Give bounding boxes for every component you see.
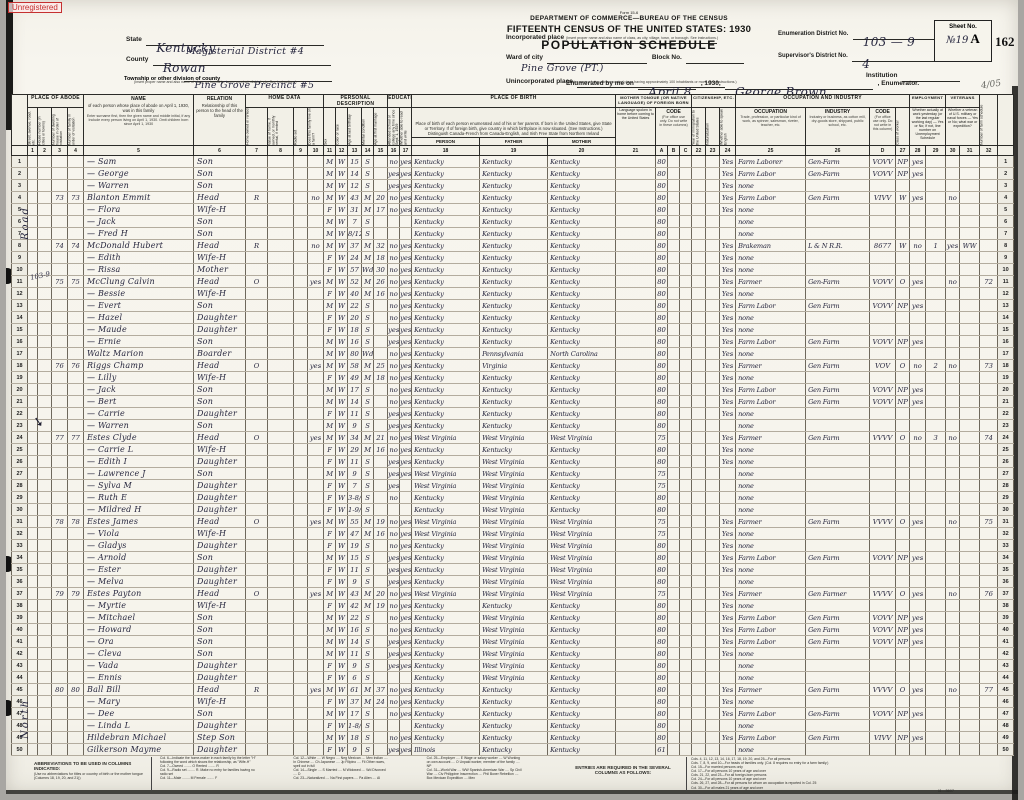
cell-naturalization bbox=[706, 216, 720, 228]
col-group-personal: PERSONAL DESCRIPTION bbox=[324, 95, 388, 108]
cell-code-a: 80 bbox=[656, 372, 668, 384]
cell-unemployment-line bbox=[926, 708, 946, 720]
cell-house-number bbox=[38, 468, 52, 480]
cell-age: 11 bbox=[348, 564, 362, 576]
cell-read-write: yes bbox=[400, 432, 412, 444]
cell-school: yes bbox=[388, 564, 400, 576]
line-number: 47 bbox=[998, 708, 1014, 720]
cell-speaks-english bbox=[720, 468, 736, 480]
cell-code-c bbox=[680, 456, 692, 468]
cell-home-value bbox=[268, 420, 294, 432]
cell-speaks-english: Yes bbox=[720, 588, 736, 600]
cell-race: W bbox=[336, 480, 348, 492]
cell-immigration-year bbox=[692, 372, 706, 384]
cell-dwelling-number bbox=[52, 744, 68, 756]
cell-worker-class bbox=[896, 216, 910, 228]
cell-code-b bbox=[668, 684, 680, 696]
cell-code-d: VIVV bbox=[870, 192, 896, 204]
cell-birthplace-mother: West Virginia bbox=[548, 540, 616, 552]
cell-code-a: 80 bbox=[656, 720, 668, 732]
cell-birthplace-mother: Kentucky bbox=[548, 168, 616, 180]
cell-age: 9 bbox=[348, 420, 362, 432]
cell-race: W bbox=[336, 204, 348, 216]
cell-unemployment-line bbox=[926, 732, 946, 744]
cell-school: no bbox=[388, 372, 400, 384]
cell-speaks-english: Yes bbox=[720, 636, 736, 648]
cell-marital: S bbox=[362, 504, 374, 516]
cell-read-write: yes bbox=[400, 708, 412, 720]
cell-industry: Gen Farm bbox=[806, 192, 870, 204]
line-number: 12 bbox=[998, 288, 1014, 300]
cell-age: 22 bbox=[348, 612, 362, 624]
cell-war bbox=[960, 624, 980, 636]
cell-occupation: Farmer bbox=[736, 588, 806, 600]
cell-age: 17 bbox=[348, 384, 362, 396]
cell-farm bbox=[308, 564, 324, 576]
col-family-number: Number of family in order of visitation bbox=[68, 108, 84, 146]
cell-naturalization bbox=[706, 336, 720, 348]
cell-industry: Gen-Farm bbox=[806, 156, 870, 168]
cell-home-value bbox=[268, 444, 294, 456]
cell-unemployment-line bbox=[926, 504, 946, 516]
cell-school: no bbox=[388, 252, 400, 264]
col-immigration-year: Year of immigration to the United States bbox=[692, 108, 706, 146]
column-numbers-row: 123456789101112131415161718192021ABC2223… bbox=[12, 146, 1014, 156]
cell-race: W bbox=[336, 228, 348, 240]
cell-radio bbox=[294, 636, 308, 648]
cell-age: 57 bbox=[348, 264, 362, 276]
census-row: 43— VadaDaughterFW9SyesyesKentuckyWest V… bbox=[12, 660, 1014, 672]
cell-age-married bbox=[374, 552, 388, 564]
cell-speaks-english: Yes bbox=[720, 156, 736, 168]
cell-code-b bbox=[668, 612, 680, 624]
cell-code-b bbox=[668, 432, 680, 444]
cell-veteran bbox=[946, 156, 960, 168]
cell-worker-class bbox=[896, 180, 910, 192]
cell-occupation: Farm Labor bbox=[736, 300, 806, 312]
cell-birthplace-father: West Virginia bbox=[480, 540, 548, 552]
cell-worker-class: NP bbox=[896, 300, 910, 312]
census-row: 5— FloraWife-HFW31M17noyesKentuckyKentuc… bbox=[12, 204, 1014, 216]
cell-occupation: none bbox=[736, 648, 806, 660]
cell-radio bbox=[294, 360, 308, 372]
cell-mother-tongue bbox=[616, 444, 656, 456]
cell-family-number bbox=[68, 456, 84, 468]
column-number: 29 bbox=[926, 146, 946, 156]
cell-school: yes bbox=[388, 456, 400, 468]
cell-farm bbox=[308, 336, 324, 348]
cell-code-d bbox=[870, 480, 896, 492]
cell-name: — Mildred H bbox=[84, 504, 194, 516]
cell-name: Hildebran Michael bbox=[84, 732, 194, 744]
cell-age: 6 bbox=[348, 672, 362, 684]
cell-radio bbox=[294, 264, 308, 276]
cell-farm bbox=[308, 720, 324, 732]
cell-dwelling-number bbox=[52, 216, 68, 228]
cell-veteran bbox=[946, 600, 960, 612]
cell-code-b bbox=[668, 180, 680, 192]
cell-farm-schedule bbox=[980, 468, 998, 480]
cell-race: W bbox=[336, 504, 348, 516]
cell-birthplace-person: Kentucky bbox=[412, 684, 480, 696]
cell-street bbox=[28, 588, 38, 600]
cell-code-d bbox=[870, 408, 896, 420]
cell-birthplace-father: Kentucky bbox=[480, 600, 548, 612]
cell-age: 11 bbox=[348, 456, 362, 468]
cell-school: no bbox=[388, 348, 400, 360]
cell-farm-schedule bbox=[980, 300, 998, 312]
cell-birthplace-father: West Virginia bbox=[480, 564, 548, 576]
cell-family-number bbox=[68, 216, 84, 228]
line-number: 32 bbox=[12, 528, 28, 540]
cell-farm-schedule bbox=[980, 600, 998, 612]
cell-employed bbox=[910, 744, 926, 756]
line-number: 6 bbox=[998, 216, 1014, 228]
cell-employed bbox=[910, 228, 926, 240]
cell-birthplace-father: Kentucky bbox=[480, 396, 548, 408]
cell-age-married: 18 bbox=[374, 252, 388, 264]
cell-age: 55 bbox=[348, 516, 362, 528]
cell-code-c bbox=[680, 540, 692, 552]
cell-age: 3-8/12 bbox=[348, 492, 362, 504]
cell-veteran bbox=[946, 504, 960, 516]
line-number: 45 bbox=[998, 684, 1014, 696]
cell-home-value bbox=[268, 312, 294, 324]
column-number: 21 bbox=[616, 146, 656, 156]
cell-unemployment-line bbox=[926, 192, 946, 204]
cell-read-write: yes bbox=[400, 540, 412, 552]
cell-birthplace-person: Kentucky bbox=[412, 168, 480, 180]
cell-name: — Lawrence J bbox=[84, 468, 194, 480]
cell-code-a: 80 bbox=[656, 732, 668, 744]
cell-farm bbox=[308, 708, 324, 720]
cell-name: — Ennis bbox=[84, 672, 194, 684]
cell-dwelling-number bbox=[52, 252, 68, 264]
cell-street bbox=[28, 480, 38, 492]
cell-farm-schedule bbox=[980, 348, 998, 360]
cell-dwelling-number bbox=[52, 156, 68, 168]
cell-code-c bbox=[680, 312, 692, 324]
cell-birthplace-father: West Virginia bbox=[480, 588, 548, 600]
cell-code-d: VOVV bbox=[870, 396, 896, 408]
cell-war bbox=[960, 372, 980, 384]
cell-farm-schedule bbox=[980, 528, 998, 540]
cell-race: W bbox=[336, 240, 348, 252]
cell-sex: F bbox=[324, 324, 336, 336]
cell-farm: yes bbox=[308, 588, 324, 600]
cell-birthplace-father: West Virginia bbox=[480, 660, 548, 672]
cell-age-married: 21 bbox=[374, 432, 388, 444]
cell-relation: Wife-H bbox=[194, 600, 246, 612]
cell-sex: M bbox=[324, 552, 336, 564]
cell-street bbox=[28, 312, 38, 324]
cell-house-number bbox=[38, 684, 52, 696]
cell-birthplace-mother: Kentucky bbox=[548, 312, 616, 324]
cell-age-married bbox=[374, 396, 388, 408]
cell-speaks-english bbox=[720, 576, 736, 588]
cell-street bbox=[28, 324, 38, 336]
cell-war bbox=[960, 444, 980, 456]
cell-birthplace-father: Kentucky bbox=[480, 252, 548, 264]
cell-home-value bbox=[268, 600, 294, 612]
cell-code-a: 80 bbox=[656, 708, 668, 720]
cell-sex: M bbox=[324, 624, 336, 636]
cell-race: W bbox=[336, 708, 348, 720]
cell-mother-tongue bbox=[616, 564, 656, 576]
cell-code-b bbox=[668, 456, 680, 468]
cell-birthplace-person: Kentucky bbox=[412, 648, 480, 660]
cell-age-married bbox=[374, 312, 388, 324]
cell-street bbox=[28, 540, 38, 552]
cell-family-number bbox=[68, 204, 84, 216]
cell-occupation: none bbox=[736, 564, 806, 576]
cell-birthplace-person: Kentucky bbox=[412, 348, 480, 360]
cell-employed bbox=[910, 540, 926, 552]
cell-occupation: none bbox=[736, 528, 806, 540]
cell-birthplace-mother: Kentucky bbox=[548, 276, 616, 288]
cell-unemployment-line bbox=[926, 168, 946, 180]
cell-farm: no bbox=[308, 192, 324, 204]
cell-occupation: none bbox=[736, 744, 806, 756]
cell-race: W bbox=[336, 264, 348, 276]
cell-war bbox=[960, 468, 980, 480]
cell-code-c bbox=[680, 276, 692, 288]
cell-name: — Warren bbox=[84, 420, 194, 432]
line-number: 27 bbox=[12, 468, 28, 480]
col-street: Street, avenue, road, etc. bbox=[28, 108, 38, 146]
cell-radio bbox=[294, 684, 308, 696]
cell-industry bbox=[806, 672, 870, 684]
cell-radio bbox=[294, 192, 308, 204]
cell-birthplace-person: Kentucky bbox=[412, 300, 480, 312]
cell-industry bbox=[806, 600, 870, 612]
cell-birthplace-mother: Kentucky bbox=[548, 228, 616, 240]
cell-sex: F bbox=[324, 720, 336, 732]
line-number-column bbox=[12, 95, 28, 146]
cell-industry: Gen Farm bbox=[806, 636, 870, 648]
cell-code-d: VOVV bbox=[870, 552, 896, 564]
cell-home-value bbox=[268, 300, 294, 312]
cell-farm bbox=[308, 576, 324, 588]
cell-name: — Fred H bbox=[84, 228, 194, 240]
cell-immigration-year bbox=[692, 636, 706, 648]
cell-naturalization bbox=[706, 612, 720, 624]
col-school: Attended school or college any time sinc… bbox=[388, 108, 400, 146]
cell-sex: M bbox=[324, 648, 336, 660]
cell-war bbox=[960, 408, 980, 420]
cell-home-owned bbox=[246, 648, 268, 660]
cell-marital: S bbox=[362, 408, 374, 420]
cell-home-value bbox=[268, 660, 294, 672]
cell-home-owned bbox=[246, 696, 268, 708]
cell-code-b bbox=[668, 720, 680, 732]
cell-industry: Gen Farm bbox=[806, 612, 870, 624]
cell-dwelling-number: 76 bbox=[52, 360, 68, 372]
cell-farm-schedule bbox=[980, 264, 998, 276]
cell-war bbox=[960, 168, 980, 180]
cell-house-number bbox=[38, 516, 52, 528]
cell-worker-class bbox=[896, 720, 910, 732]
cell-home-owned bbox=[246, 372, 268, 384]
cell-farm-schedule bbox=[980, 732, 998, 744]
cell-immigration-year bbox=[692, 588, 706, 600]
cell-marital: S bbox=[362, 744, 374, 756]
cell-code-d bbox=[870, 204, 896, 216]
cell-naturalization bbox=[706, 252, 720, 264]
cell-dwelling-number bbox=[52, 504, 68, 516]
cell-farm-schedule: 74 bbox=[980, 432, 998, 444]
cell-home-owned bbox=[246, 636, 268, 648]
cell-home-value bbox=[268, 612, 294, 624]
cell-home-owned: O bbox=[246, 432, 268, 444]
cell-farm bbox=[308, 624, 324, 636]
cell-birthplace-father: Kentucky bbox=[480, 300, 548, 312]
cell-industry: Gen Farmer bbox=[806, 588, 870, 600]
cell-war bbox=[960, 600, 980, 612]
cell-birthplace-person: West Virginia bbox=[412, 468, 480, 480]
cell-birthplace-mother: West Virginia bbox=[548, 576, 616, 588]
cell-naturalization bbox=[706, 480, 720, 492]
col-group-abode: PLACE OF ABODE bbox=[28, 95, 84, 108]
cell-sex: M bbox=[324, 396, 336, 408]
cell-code-c bbox=[680, 564, 692, 576]
cell-immigration-year bbox=[692, 348, 706, 360]
cell-immigration-year bbox=[692, 432, 706, 444]
cell-industry bbox=[806, 576, 870, 588]
cell-age-married bbox=[374, 744, 388, 756]
cell-radio bbox=[294, 552, 308, 564]
cell-home-value bbox=[268, 288, 294, 300]
cell-code-c bbox=[680, 708, 692, 720]
cell-occupation: Farm Labor bbox=[736, 612, 806, 624]
cell-farm-schedule bbox=[980, 624, 998, 636]
cell-naturalization bbox=[706, 588, 720, 600]
cell-employed: no bbox=[910, 432, 926, 444]
cell-code-c bbox=[680, 396, 692, 408]
cell-home-value bbox=[268, 228, 294, 240]
cell-employed bbox=[910, 576, 926, 588]
cell-birthplace-person: Kentucky bbox=[412, 228, 480, 240]
line-number: 29 bbox=[998, 492, 1014, 504]
cell-age: 37 bbox=[348, 240, 362, 252]
cell-home-value bbox=[268, 324, 294, 336]
cell-dwelling-number bbox=[52, 348, 68, 360]
cell-code-a: 75 bbox=[656, 588, 668, 600]
census-row: 46— MaryWife-HFW37M24noyesKentuckyKentuc… bbox=[12, 696, 1014, 708]
cell-code-b bbox=[668, 528, 680, 540]
cell-mother-tongue bbox=[616, 396, 656, 408]
cell-naturalization bbox=[706, 168, 720, 180]
abbreviations-list: Col. 6—Indicate the home-maker in each f… bbox=[160, 757, 560, 791]
cell-immigration-year bbox=[692, 396, 706, 408]
cell-sex: F bbox=[324, 744, 336, 756]
entry-requirement-note: Col. 30—For all males 21 years of age an… bbox=[691, 786, 836, 790]
cell-worker-class: O bbox=[896, 588, 910, 600]
cell-sex: M bbox=[324, 276, 336, 288]
cell-mother-tongue bbox=[616, 408, 656, 420]
cell-read-write: yes bbox=[400, 648, 412, 660]
cell-sex: M bbox=[324, 216, 336, 228]
cell-veteran bbox=[946, 528, 960, 540]
cell-marital: S bbox=[362, 384, 374, 396]
cell-age: 1-9/12 bbox=[348, 504, 362, 516]
cell-unemployment-line bbox=[926, 228, 946, 240]
cell-sex: F bbox=[324, 696, 336, 708]
line-number: 46 bbox=[998, 696, 1014, 708]
cell-veteran bbox=[946, 660, 960, 672]
cell-mother-tongue bbox=[616, 684, 656, 696]
cell-code-d bbox=[870, 312, 896, 324]
cell-read-write: yes bbox=[400, 312, 412, 324]
cell-mother-tongue bbox=[616, 552, 656, 564]
cell-marital: M bbox=[362, 444, 374, 456]
cell-house-number bbox=[38, 660, 52, 672]
cell-speaks-english: Yes bbox=[720, 396, 736, 408]
line-number: 31 bbox=[998, 516, 1014, 528]
cell-code-a: 80 bbox=[656, 504, 668, 516]
cell-birthplace-father: Kentucky bbox=[480, 408, 548, 420]
cell-read-write: yes bbox=[400, 444, 412, 456]
cell-war bbox=[960, 744, 980, 756]
cell-worker-class: NP bbox=[896, 384, 910, 396]
cell-worker-class: NP bbox=[896, 168, 910, 180]
line-number: 1 bbox=[998, 156, 1014, 168]
cell-birthplace-person: West Virginia bbox=[412, 432, 480, 444]
cell-read-write: yes bbox=[400, 612, 412, 624]
cell-sex: M bbox=[324, 300, 336, 312]
line-number: 19 bbox=[12, 372, 28, 384]
cell-veteran: no bbox=[946, 516, 960, 528]
cell-code-c bbox=[680, 660, 692, 672]
cell-occupation: Farm Laborer bbox=[736, 156, 806, 168]
cell-naturalization bbox=[706, 744, 720, 756]
line-number: 17 bbox=[12, 348, 28, 360]
cell-house-number bbox=[38, 444, 52, 456]
cell-war bbox=[960, 192, 980, 204]
cell-home-owned bbox=[246, 312, 268, 324]
cell-unemployment-line bbox=[926, 216, 946, 228]
cell-school: no bbox=[388, 204, 400, 216]
cell-code-b bbox=[668, 348, 680, 360]
cell-veteran bbox=[946, 408, 960, 420]
cell-code-c bbox=[680, 672, 692, 684]
cell-family-number: 73 bbox=[68, 192, 84, 204]
cell-dwelling-number bbox=[52, 528, 68, 540]
cell-house-number bbox=[38, 396, 52, 408]
cell-birthplace-father: Kentucky bbox=[480, 228, 548, 240]
cell-code-d: VOVV bbox=[870, 276, 896, 288]
cell-industry bbox=[806, 444, 870, 456]
cell-industry bbox=[806, 252, 870, 264]
cell-employed bbox=[910, 324, 926, 336]
cell-house-number bbox=[38, 564, 52, 576]
cell-relation: Head bbox=[194, 192, 246, 204]
cell-code-d: VOVV bbox=[870, 708, 896, 720]
census-row: 47— DeeSonMW17SnoyesKentuckyKentuckyKent… bbox=[12, 708, 1014, 720]
cell-veteran bbox=[946, 576, 960, 588]
cell-code-b bbox=[668, 492, 680, 504]
line-number: 21 bbox=[998, 396, 1014, 408]
cell-radio bbox=[294, 528, 308, 540]
cell-naturalization bbox=[706, 456, 720, 468]
cell-farm-schedule bbox=[980, 396, 998, 408]
cell-birthplace-mother: Kentucky bbox=[548, 300, 616, 312]
cell-war bbox=[960, 516, 980, 528]
cell-dwelling-number bbox=[52, 444, 68, 456]
cell-occupation: none bbox=[736, 720, 806, 732]
cell-relation: Son bbox=[194, 624, 246, 636]
cell-worker-class: O bbox=[896, 360, 910, 372]
